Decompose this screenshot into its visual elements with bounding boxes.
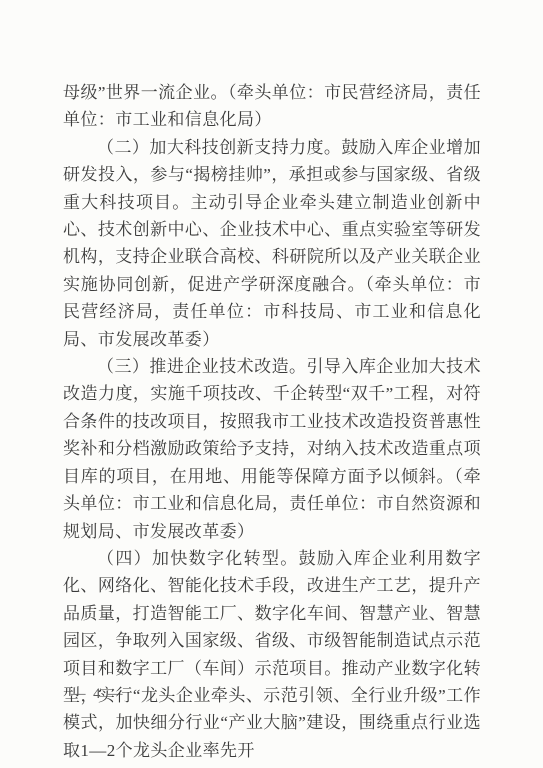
document-body: 母级”世界一流企业。（牵头单位：市民营经济局，责任单位：市工业和信息化局） （二… bbox=[63, 79, 481, 764]
document-page: 母级”世界一流企业。（牵头单位：市民营经济局，责任单位：市工业和信息化局） （二… bbox=[0, 0, 543, 768]
paragraph-item-4: （四）加快数字化转型。鼓励入库企业利用数字化、网络化、智能化技术手段，改进生产工… bbox=[63, 545, 481, 764]
paragraph-item-2: （二）加大科技创新支持力度。鼓励入库企业增加研发投入，参与“揭榜挂帅”，承担或参… bbox=[63, 134, 481, 353]
paragraph-item-3: （三）推进企业技术改造。引导入库企业加大技术改造力度，实施千项技改、千企转型“双… bbox=[63, 353, 481, 545]
page-number: — 4 — bbox=[71, 686, 125, 703]
paragraph-continuation: 母级”世界一流企业。（牵头单位：市民营经济局，责任单位：市工业和信息化局） bbox=[63, 79, 481, 134]
